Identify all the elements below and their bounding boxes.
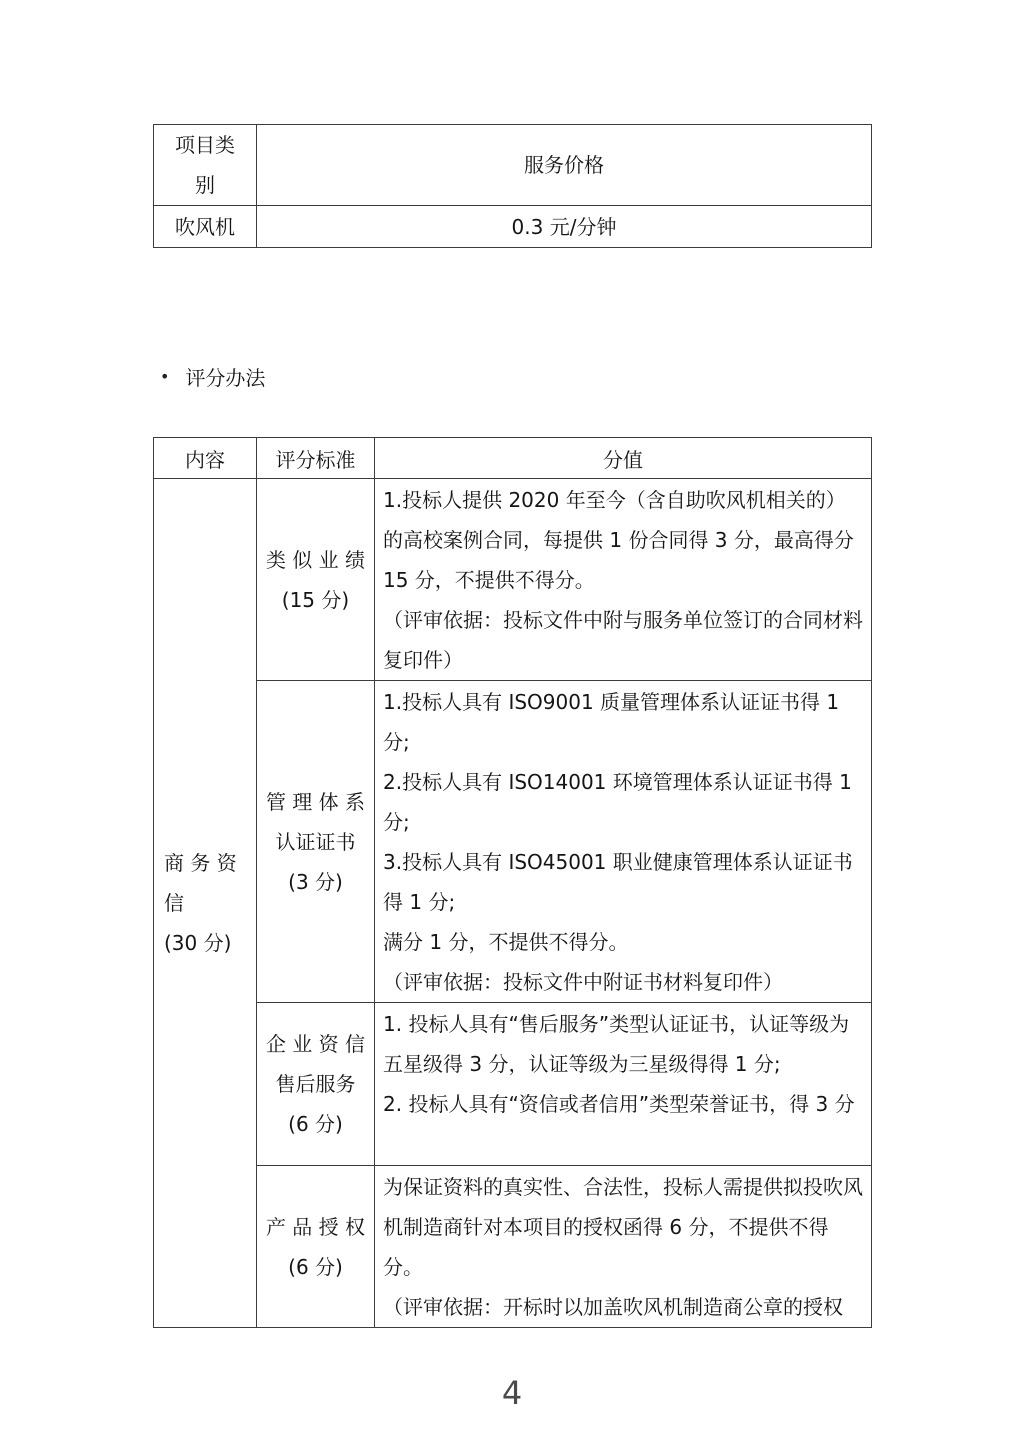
table-row: 企 业 资 信 售后服务 (6 分) 1. 投标人具有“售后服务”类型认证证书，…: [154, 1003, 872, 1166]
score-product-authorization: 为保证资料的真实性、合法性，投标人需提供拟投吹风机制造商针对本项目的授权函得 6…: [375, 1166, 872, 1328]
bullet-icon: •: [160, 369, 169, 385]
scoring-table-col-criteria: 评分标准: [257, 438, 375, 479]
price-table-category-value: 吹风机: [154, 206, 257, 248]
price-table: 项目类 别 服务价格 吹风机 0.3 元/分钟: [153, 124, 872, 248]
price-table-header-row: 项目类 别 服务价格: [154, 125, 872, 206]
score-similar-performance: 1.投标人提供 2020 年至今（含自助吹风机相关的）的高校案例合同，每提供 1…: [375, 479, 872, 681]
scoring-table-header-row: 内容 评分标准 分值: [154, 438, 872, 479]
scoring-table-col-content: 内容: [154, 438, 257, 479]
table-row: 管 理 体 系 认证证书 (3 分) 1.投标人具有 ISO9001 质量管理体…: [154, 681, 872, 1003]
table-row: 商 务 资 信 (30 分) 类 似 业 绩 (15 分) 1.投标人提供 20…: [154, 479, 872, 681]
scoring-table-col-score: 分值: [375, 438, 872, 479]
price-table-data-row: 吹风机 0.3 元/分钟: [154, 206, 872, 248]
score-management-system-certs: 1.投标人具有 ISO9001 质量管理体系认证证书得 1 分; 2.投标人具有…: [375, 681, 872, 1003]
criteria-product-authorization: 产 品 授 权 (6 分): [257, 1166, 375, 1328]
price-table-category-header: 项目类 别: [154, 125, 257, 206]
section-heading-label: 评分办法: [185, 362, 265, 391]
page-number: 4: [0, 1374, 1024, 1412]
document-page: 项目类 别 服务价格 吹风机 0.3 元/分钟 • 评分办法 内容 评分标准 分…: [0, 0, 1024, 1447]
table-row: 产 品 授 权 (6 分) 为保证资料的真实性、合法性，投标人需提供拟投吹风机制…: [154, 1166, 872, 1328]
price-table-price-value: 0.3 元/分钟: [257, 206, 872, 248]
price-table-price-header: 服务价格: [257, 125, 872, 206]
criteria-management-system-certs: 管 理 体 系 认证证书 (3 分): [257, 681, 375, 1003]
criteria-similar-performance: 类 似 业 绩 (15 分): [257, 479, 375, 681]
scoring-group-label: 商 务 资 信 (30 分): [154, 479, 257, 1328]
scoring-table: 内容 评分标准 分值 商 务 资 信 (30 分) 类 似 业 绩 (15 分)…: [153, 437, 872, 1328]
score-enterprise-credit-service: 1. 投标人具有“售后服务”类型认证证书，认证等级为五星级得 3 分，认证等级为…: [375, 1003, 872, 1166]
section-heading: • 评分办法: [160, 362, 265, 391]
criteria-enterprise-credit-service: 企 业 资 信 售后服务 (6 分): [257, 1003, 375, 1166]
